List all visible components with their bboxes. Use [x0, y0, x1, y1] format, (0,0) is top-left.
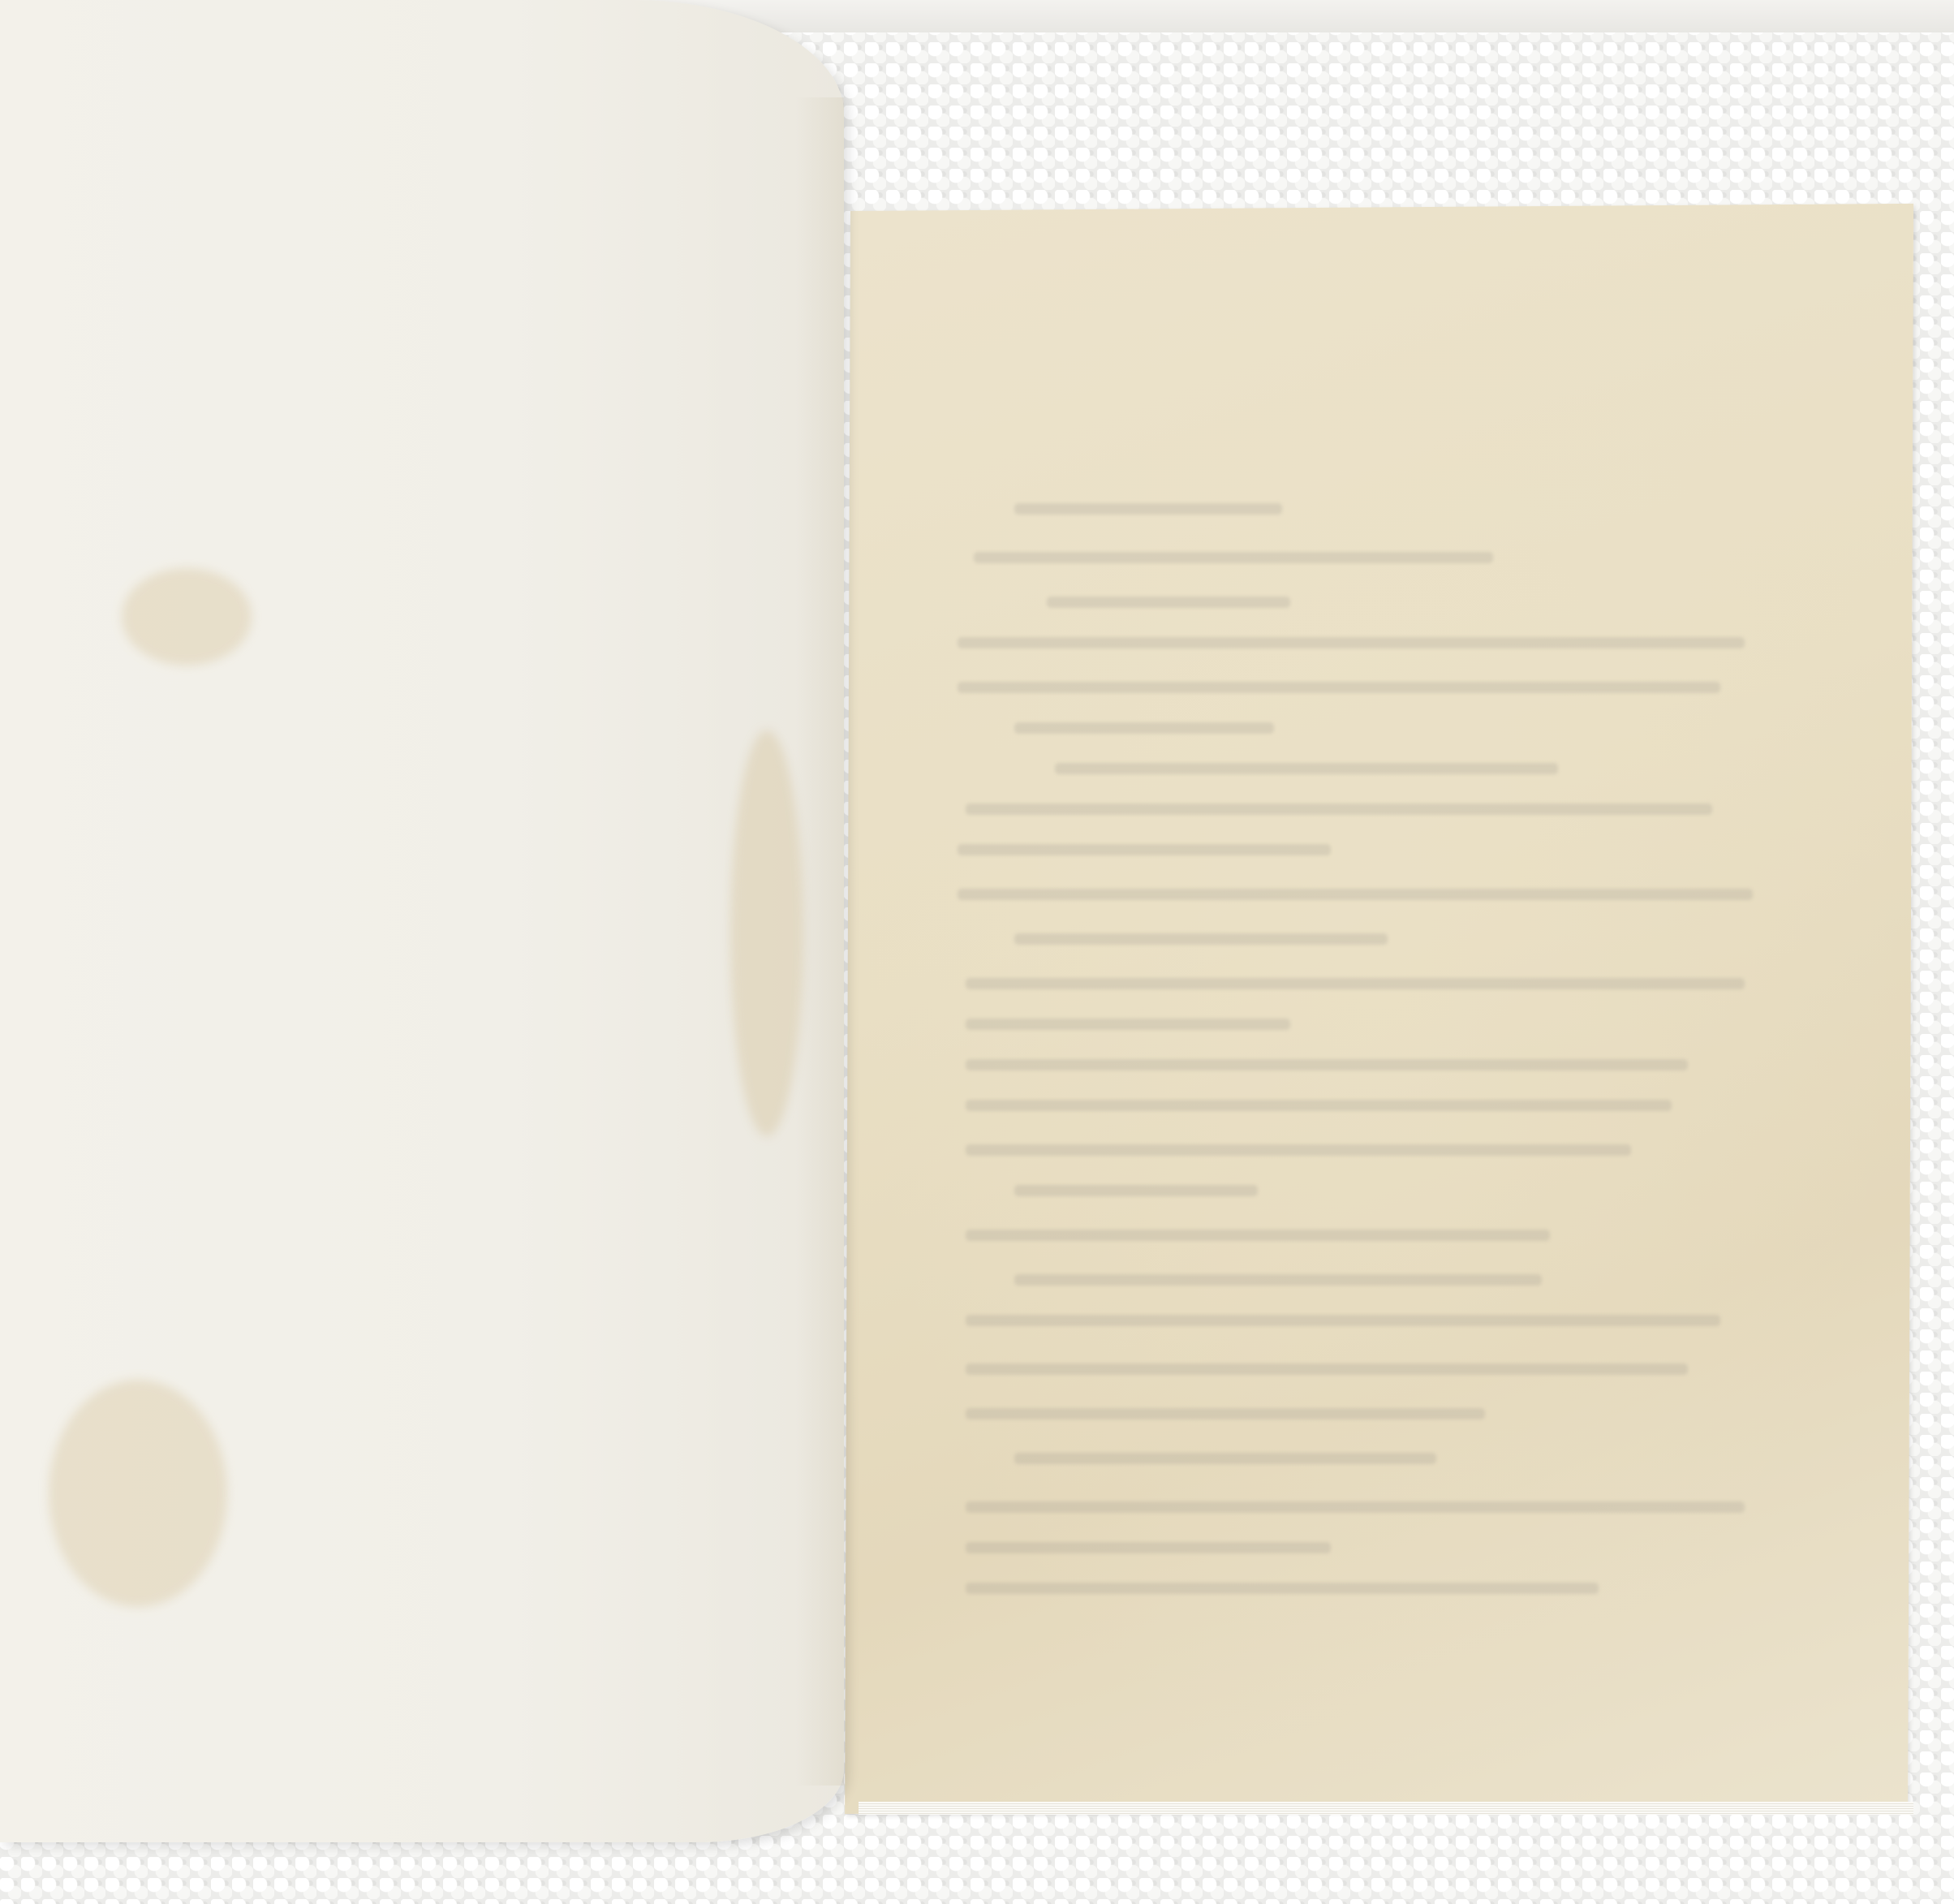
show-through-line [966, 1059, 1688, 1070]
show-through-line [1014, 503, 1282, 515]
show-through-line [966, 1501, 1745, 1513]
page-edges [859, 1802, 1913, 1815]
show-through-line [1047, 597, 1290, 608]
foxing-spot [122, 568, 252, 666]
show-through-line [1014, 722, 1274, 734]
show-through-line [966, 1363, 1688, 1375]
show-through-line [966, 1100, 1672, 1111]
show-through-line [958, 682, 1720, 693]
show-through-line [1014, 1274, 1542, 1286]
show-through-line [966, 1408, 1485, 1419]
show-through-line [966, 978, 1745, 989]
show-through-line [974, 552, 1493, 563]
show-through-line [1014, 933, 1388, 945]
show-through-line [966, 1315, 1720, 1326]
foxing-spot [49, 1380, 227, 1607]
show-through-line [958, 637, 1745, 648]
show-through-line [966, 1144, 1631, 1156]
show-through-line [958, 844, 1331, 855]
show-through-line [966, 1019, 1290, 1030]
show-through-line [1055, 763, 1558, 774]
show-through-line [1014, 1453, 1436, 1464]
show-through-line [958, 889, 1753, 900]
show-through-line [966, 1230, 1550, 1241]
foxing-spot [730, 730, 803, 1136]
show-through-line [966, 1583, 1599, 1594]
show-through-line [966, 803, 1712, 815]
show-through-line [966, 1542, 1331, 1553]
show-through-line [1014, 1185, 1258, 1196]
right-page [845, 204, 1913, 1814]
left-page [0, 0, 844, 1842]
